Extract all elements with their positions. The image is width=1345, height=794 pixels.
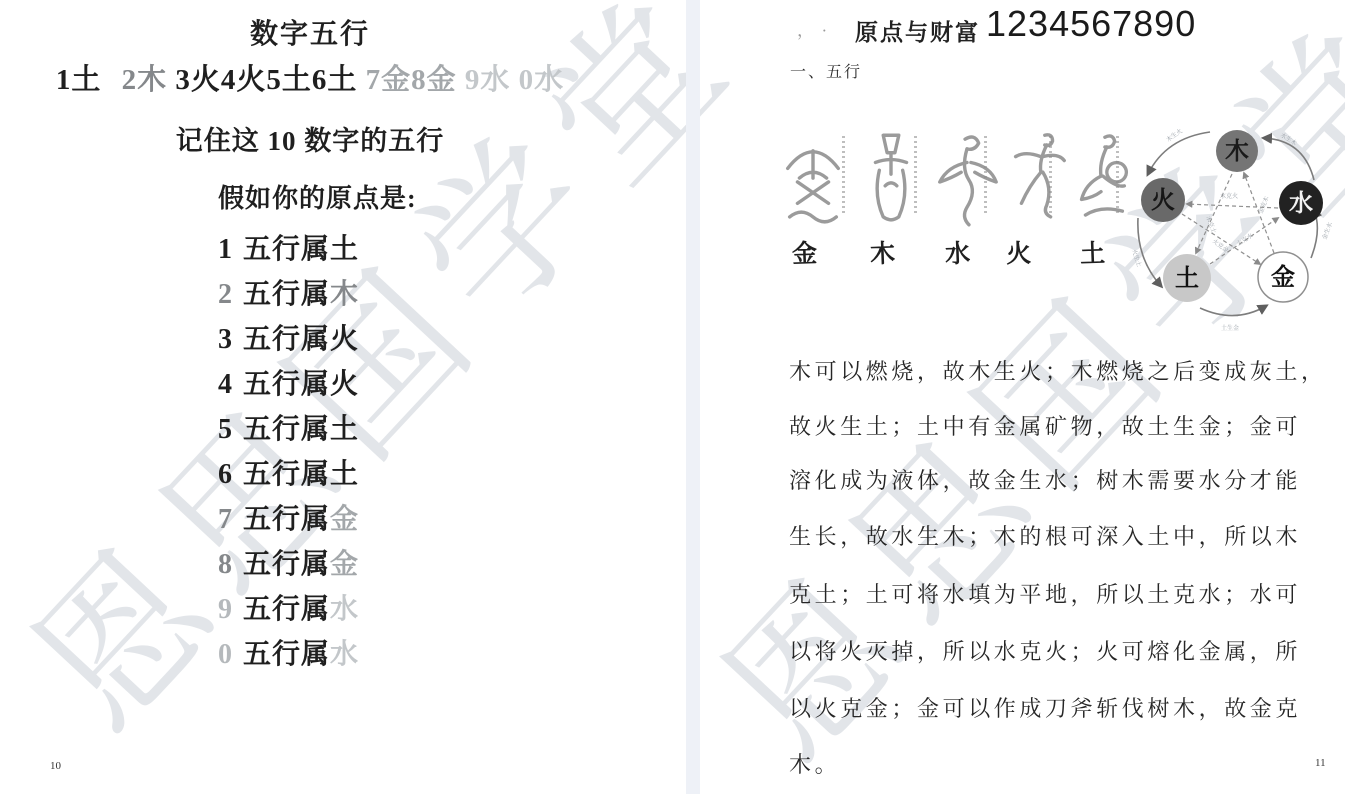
arrow-label: 金生水: [1320, 221, 1334, 241]
prompt-line: 假如你的原点是:: [218, 178, 417, 215]
numline-seg-5: 9水 0水: [465, 64, 564, 96]
section-heading: 一、五行: [790, 59, 862, 82]
list-item: 3五行属火: [218, 317, 359, 357]
paragraph-line: 木可以燃烧，故木生火；木燃烧之后变成灰土，: [789, 355, 1327, 386]
arrow-label: 木克土: [1204, 215, 1218, 235]
pictograph-label-tu: 土: [1079, 234, 1105, 271]
arrow-label: 水克火: [1220, 192, 1238, 200]
svg-text:木: 木: [1225, 138, 1249, 165]
tiny-annotation-text: [1116, 136, 1119, 214]
tiny-annotation-text: [914, 136, 917, 214]
numline-seg-1: 1土: [56, 64, 102, 96]
arrow-label: 土克水: [1235, 231, 1255, 247]
arrow-label: 土生金: [1221, 324, 1239, 332]
list-item: 5五行属土: [218, 407, 359, 447]
right-page-number: 11: [1315, 757, 1326, 769]
svg-text:火: 火: [1151, 187, 1175, 214]
list-item: 9五行属水: [218, 587, 359, 627]
element-node-metal: 金: [1258, 252, 1308, 302]
five-element-cycle-diagram: 木生火 火生土 土生金 金生水 水生木 木克土 土克水 水克火 火克金 金克木 …: [1128, 92, 1345, 337]
header-digits: 1234567890: [986, 3, 1196, 45]
pictograph-label-huo: 火: [1005, 234, 1031, 271]
list-item: 0五行属水: [218, 632, 359, 672]
arrow-label: 火克金: [1211, 237, 1230, 254]
svg-text:金: 金: [1271, 263, 1295, 291]
tiny-annotation-text: [984, 136, 987, 214]
left-page-title: 数字五行: [0, 12, 620, 52]
tiny-annotation-text: [1049, 136, 1052, 214]
svg-text:土: 土: [1175, 265, 1199, 292]
digit-element-line: 1土 2木 3火4火5土6土 7金8金 9水 0水: [0, 57, 620, 98]
list-item: 4五行属火: [218, 362, 359, 402]
element-node-water: 水: [1279, 181, 1323, 225]
list-item: 6五行属土: [218, 452, 359, 492]
paragraph-line: 以火克金；金可以作成刀斧斩伐树木，故金克: [789, 692, 1301, 723]
list-item: 7五行属金: [218, 497, 359, 537]
list-item: 8五行属金: [218, 542, 359, 582]
right-page-title: 原点与财富: [855, 14, 980, 47]
left-page-number: 10: [50, 760, 61, 772]
scanned-book-spread: 恩思国学堂 恩思国学堂 数字五行 1土 2木 3火4火5土6土 7金8金 9水 …: [0, 0, 1345, 794]
paragraph-line: 木。: [789, 748, 840, 779]
pictograph-label-mu: 木: [869, 234, 895, 271]
watermark-left-page: 恩思国学堂: [0, 0, 781, 772]
paragraph-line: 生长，故水生木；木的根可深入土中，所以木: [789, 520, 1301, 551]
page-gutter-shadow: [686, 0, 700, 794]
list-item: 2五行属木: [218, 272, 359, 312]
seal-script-shui-sketch: [932, 128, 1002, 233]
numline-seg-3: 3火4火5土6土: [175, 64, 357, 96]
svg-text:水: 水: [1289, 190, 1313, 217]
paragraph-line: 克土；土可将水填为平地，所以土克水；水可: [789, 578, 1301, 609]
seal-script-tu-sketch: [1066, 128, 1136, 233]
numline-seg-4: 7金8金: [366, 64, 457, 96]
element-node-wood: 木: [1216, 130, 1258, 172]
seal-script-jin-sketch: [778, 128, 848, 233]
scan-noise-marks: ，·: [797, 16, 843, 41]
numline-seg-2: 2木: [122, 64, 168, 96]
element-node-earth: 土: [1163, 254, 1211, 302]
tiny-annotation-text: [842, 136, 845, 214]
pictograph-label-shui: 水: [944, 234, 970, 271]
arrow-label: 金克木: [1256, 195, 1270, 215]
element-node-fire: 火: [1141, 178, 1185, 222]
paragraph-line: 以将火灭掉，所以水克火；火可熔化金属，所: [789, 635, 1301, 666]
list-item: 1五行属土: [218, 227, 359, 267]
paragraph-line: 溶化成为液体，故金生水；树木需要水分才能: [789, 464, 1301, 495]
overcoming-cycle-arrows: [1182, 173, 1278, 264]
pictograph-label-jin: 金: [791, 234, 817, 271]
seal-script-huo-sketch: [1002, 126, 1072, 231]
paragraph-line: 故火生土；土中有金属矿物，故土生金；金可: [789, 410, 1301, 441]
memorize-line: 记住这 10 数字的五行: [0, 119, 620, 158]
